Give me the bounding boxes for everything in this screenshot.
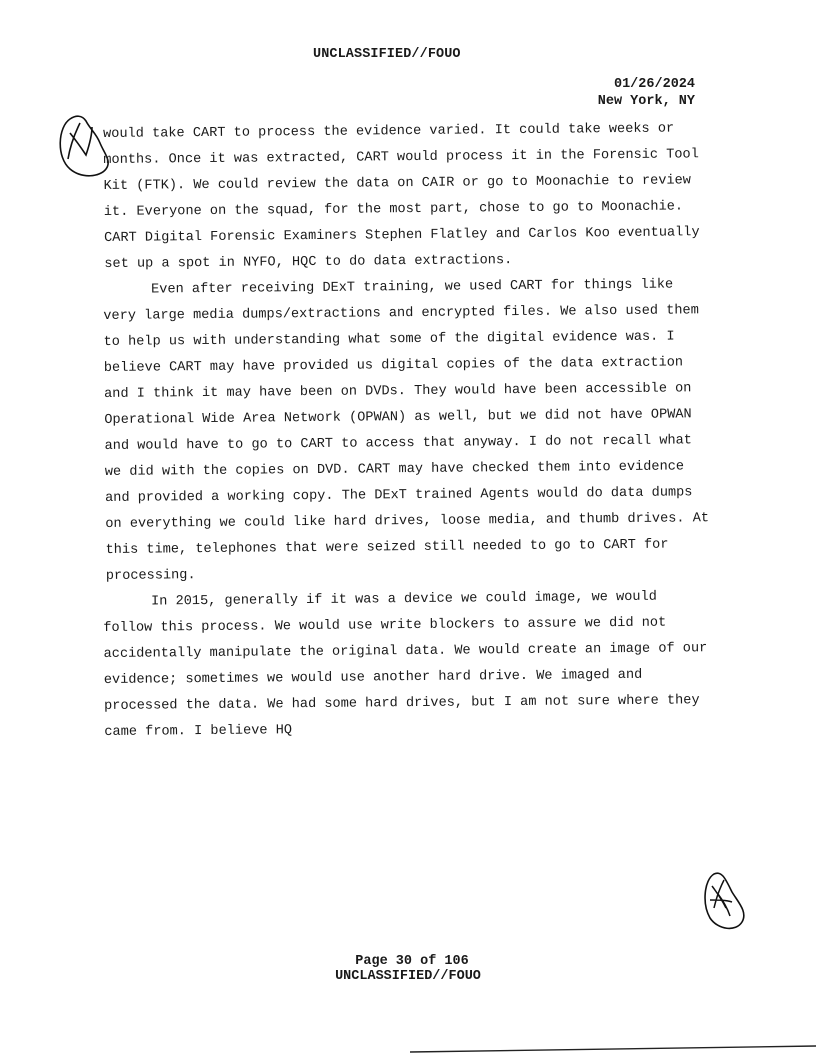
- document-location: New York, NY: [598, 93, 695, 110]
- page-footer: Page 30 of 106 UNCLASSIFIED//FOUO: [0, 954, 816, 984]
- classification-header: UNCLASSIFIED//FOUO: [313, 47, 461, 62]
- paragraph-2: Even after receiving DExT training, we u…: [103, 272, 716, 590]
- handwritten-initials-bottom-icon: [700, 868, 748, 939]
- paragraph-3: In 2015, generally if it was a device we…: [103, 584, 714, 746]
- paragraph-1: would take CART to process the evidence …: [103, 116, 714, 278]
- document-date: 01/26/2024: [598, 76, 695, 93]
- classification-footer: UNCLASSIFIED//FOUO: [0, 969, 816, 984]
- document-meta: 01/26/2024 New York, NY: [598, 76, 695, 110]
- page-number: Page 30 of 106: [0, 954, 816, 969]
- document-body: would take CART to process the evidence …: [103, 122, 713, 746]
- scan-edge-line: [400, 1042, 816, 1056]
